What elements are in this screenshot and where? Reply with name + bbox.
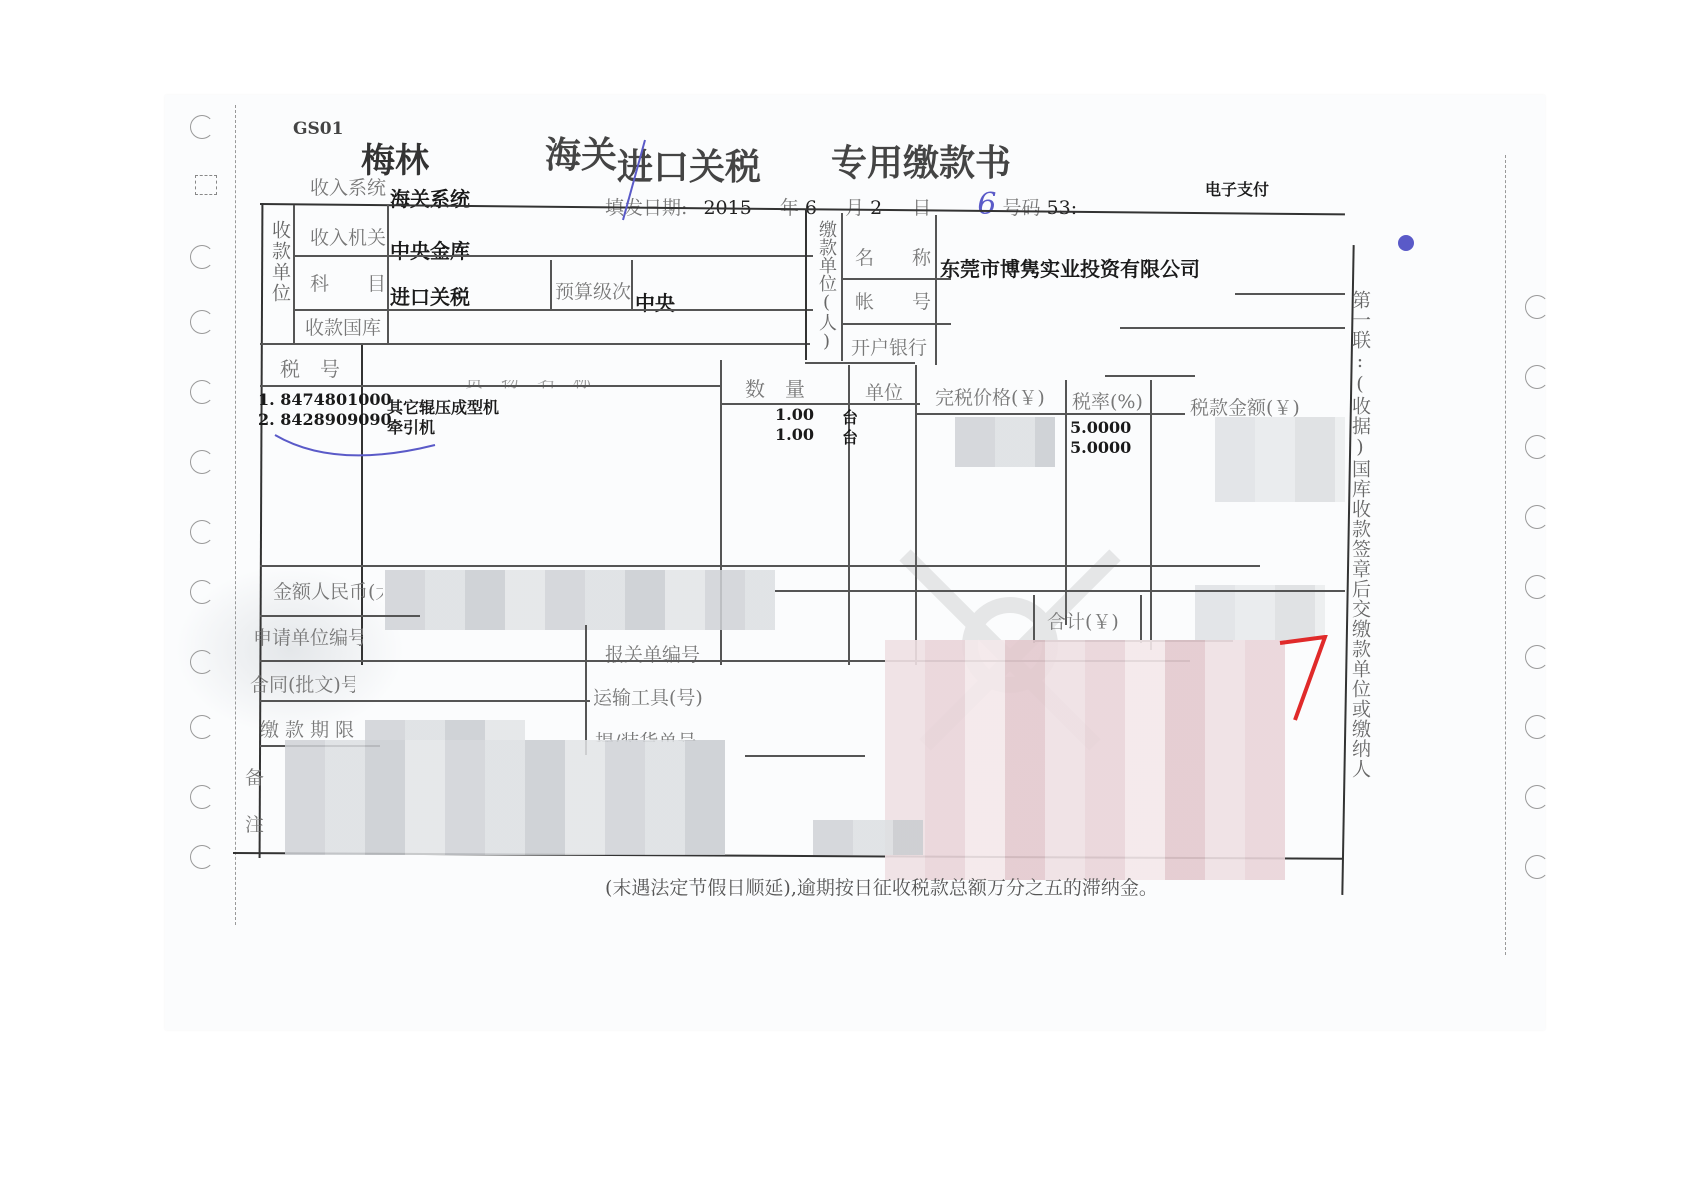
feed-hole bbox=[190, 310, 214, 334]
divider bbox=[260, 700, 590, 702]
feed-hole bbox=[1525, 645, 1549, 669]
arrow-up-icon bbox=[195, 175, 217, 195]
total-label: 合计(￥) bbox=[1047, 607, 1119, 634]
divider bbox=[1105, 375, 1195, 377]
day-label: 日 bbox=[912, 197, 931, 219]
payment-deadline-label: 缴 款 期 限 bbox=[260, 715, 360, 742]
payment-method: 电子支付 bbox=[1205, 177, 1269, 200]
divider bbox=[1235, 293, 1345, 295]
revenue-office-label: 收入机关 bbox=[310, 223, 386, 250]
redacted-misc bbox=[813, 820, 923, 855]
divider bbox=[387, 205, 389, 345]
footer-notice: (末遇法定节假日顺延),逾期按日征收税款总额万分之五的滞纳金。 bbox=[605, 873, 1158, 900]
row-unit: 台 bbox=[842, 425, 858, 448]
divider bbox=[745, 755, 865, 757]
bank-label: 开户银行 bbox=[851, 333, 927, 360]
customs-payment-form: GS01 梅林 海关进口关税专用缴款书 电子支付 收入系统 海关系统 填发日期:… bbox=[165, 95, 1545, 1030]
pen-stroke bbox=[615, 135, 655, 225]
header-tax-code: 税 号 bbox=[280, 353, 340, 382]
copy-note: 第一联:(收据)国库收款签章后交缴款单位或缴纳人 bbox=[1350, 290, 1369, 779]
feed-hole bbox=[1525, 295, 1549, 319]
applicant-code-label: 申请单位编号 bbox=[253, 623, 363, 650]
amount-rmb-label: 金额人民币(大写) bbox=[273, 577, 383, 604]
revenue-system-label: 收入系统 bbox=[310, 173, 386, 200]
row-quantity: 1.00 bbox=[775, 405, 814, 424]
form-code: GS01 bbox=[293, 119, 343, 139]
redacted-payment-deadline bbox=[365, 720, 525, 740]
col-divider bbox=[1033, 595, 1035, 643]
blue-ink-dot bbox=[1398, 235, 1414, 251]
divider bbox=[841, 213, 843, 361]
feed-hole bbox=[190, 580, 214, 604]
number-value: 53: bbox=[1047, 197, 1078, 219]
payer-section-label: 缴款单位(人) bbox=[813, 220, 839, 352]
header-quantity: 数 量 bbox=[745, 373, 805, 402]
divider bbox=[260, 615, 420, 617]
feed-hole bbox=[190, 650, 214, 674]
feed-hole bbox=[1525, 435, 1549, 459]
header-row-divider bbox=[720, 403, 920, 405]
row-quantity: 1.00 bbox=[775, 425, 814, 444]
feed-hole bbox=[190, 115, 214, 139]
divider bbox=[841, 323, 951, 325]
table-left-border bbox=[259, 203, 264, 858]
feed-hole bbox=[190, 785, 214, 809]
row-goods-name: 牵引机 bbox=[387, 415, 435, 438]
redacted-remarks bbox=[285, 740, 725, 855]
revenue-office-value: 中央金库 bbox=[390, 235, 470, 264]
divider bbox=[805, 362, 915, 364]
redacted-amount-rmb bbox=[385, 570, 775, 630]
revenue-system-value: 海关系统 bbox=[390, 183, 470, 212]
payer-name-label: 名 称 bbox=[855, 243, 931, 270]
perforation-right bbox=[1505, 155, 1506, 955]
feed-hole bbox=[1525, 855, 1549, 879]
treasury-label: 收款国库 bbox=[305, 313, 381, 340]
header-tax-rate: 税率(%) bbox=[1072, 387, 1143, 414]
payer-name-value: 东莞市博隽实业投资有限公司 bbox=[940, 253, 1200, 282]
feed-hole bbox=[190, 715, 214, 739]
row-tax-code: 1. 8474801000 bbox=[258, 390, 392, 409]
remarks-label-2: 注 bbox=[245, 810, 264, 837]
col-divider bbox=[585, 625, 587, 755]
handwritten-mark: 6 bbox=[977, 187, 996, 222]
remarks-label-1: 备 bbox=[245, 763, 264, 790]
divider bbox=[775, 590, 1345, 592]
divider bbox=[935, 215, 937, 365]
header-row-divider bbox=[915, 413, 1185, 415]
feed-hole bbox=[1525, 505, 1549, 529]
feed-hole bbox=[190, 845, 214, 869]
header-goods-name: 货 物 名 称 bbox=[465, 367, 591, 393]
redacted-dutiable-price bbox=[955, 417, 1055, 467]
col-divider bbox=[1140, 595, 1142, 643]
budget-level-label: 预算级次 bbox=[555, 277, 631, 304]
transport-label: 运输工具(号) bbox=[593, 683, 708, 710]
feed-hole bbox=[190, 520, 214, 544]
feed-hole bbox=[1525, 575, 1549, 599]
contract-label: 合同(批文)号 bbox=[250, 670, 355, 697]
feed-hole bbox=[1525, 715, 1549, 739]
title-customs: 海关 bbox=[545, 134, 617, 176]
feed-hole bbox=[190, 380, 214, 404]
divider bbox=[293, 309, 813, 311]
redacted-stamp-area bbox=[885, 640, 1285, 880]
header-tax-amount: 税款金额(￥) bbox=[1190, 393, 1300, 420]
number-label: 号码 bbox=[1002, 197, 1040, 219]
perforation-left bbox=[235, 105, 236, 925]
payee-section-label: 收款单位 bbox=[267, 220, 294, 304]
divider bbox=[293, 255, 813, 257]
header-unit: 单位 bbox=[865, 378, 903, 405]
feed-hole bbox=[190, 245, 214, 269]
title-payment-book: 专用缴款书 bbox=[831, 142, 1011, 184]
col-divider bbox=[1150, 380, 1152, 650]
divider bbox=[1120, 327, 1345, 329]
subject-label: 科 目 bbox=[310, 269, 386, 296]
divider bbox=[260, 343, 810, 345]
feed-hole bbox=[1525, 785, 1549, 809]
row-tax-rate: 5.0000 bbox=[1070, 438, 1131, 457]
divider bbox=[631, 260, 633, 310]
budget-level-value: 中央 bbox=[635, 287, 675, 316]
feed-hole bbox=[190, 450, 214, 474]
declaration-no-label: 报关单编号 bbox=[605, 640, 700, 667]
redacted-total bbox=[1195, 585, 1325, 640]
row-tax-code: 2. 8428909090 bbox=[258, 410, 392, 429]
divider bbox=[260, 565, 1260, 567]
divider bbox=[841, 278, 951, 280]
header-dutiable-price: 完税价格(￥) bbox=[935, 383, 1045, 410]
header-row-divider bbox=[260, 385, 720, 387]
payer-divider bbox=[805, 210, 807, 360]
account-label: 帐 号 bbox=[855, 287, 931, 314]
redacted-tax-amount bbox=[1215, 417, 1345, 502]
row-tax-rate: 5.0000 bbox=[1070, 418, 1131, 437]
subject-value: 进口关税 bbox=[390, 281, 470, 310]
divider bbox=[550, 260, 552, 310]
red-stamp-mark bbox=[1275, 635, 1335, 725]
feed-hole bbox=[1525, 365, 1549, 389]
